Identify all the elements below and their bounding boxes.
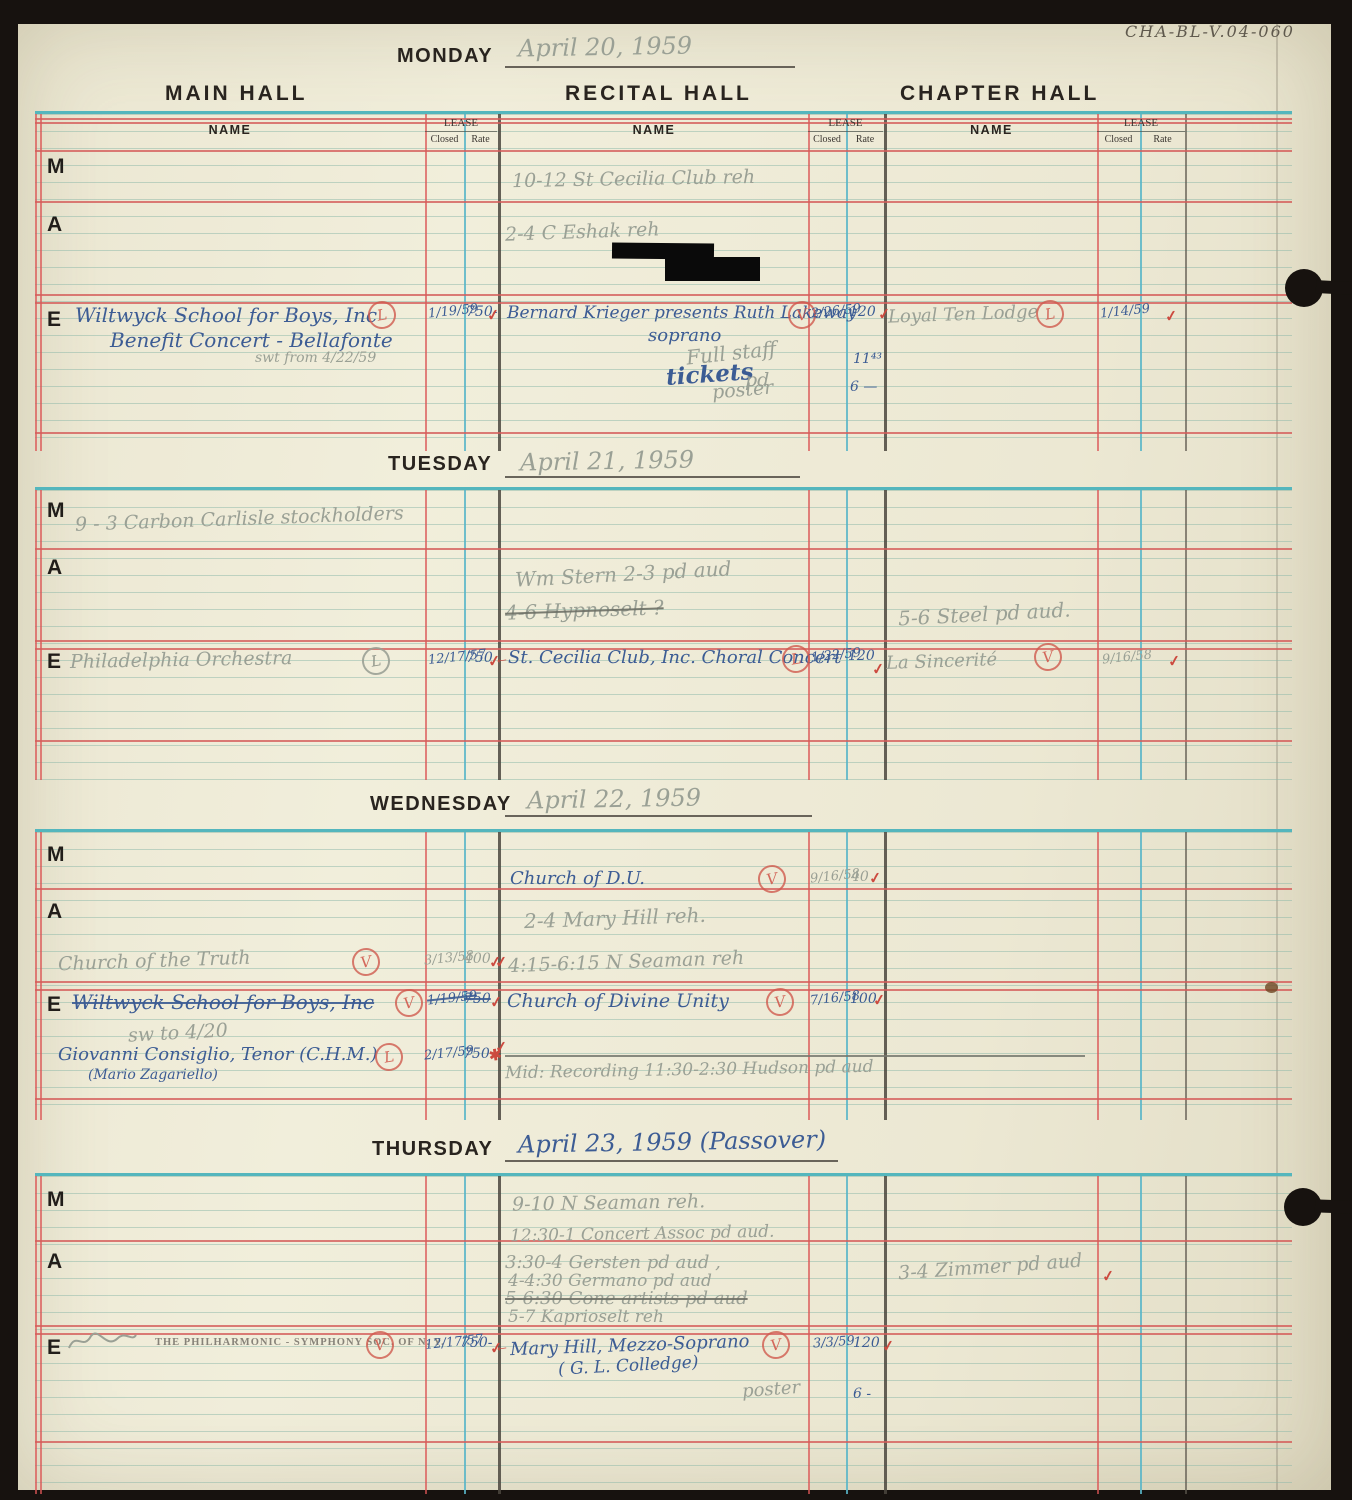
rule-v — [464, 490, 466, 780]
lease-mark: V — [393, 987, 425, 1019]
section-tuesday: M A E 9 - 3 Carbon Carlisle stockholders… — [35, 487, 1292, 780]
entry-tue-recital-a2: 4-6 Hypnoselt ? — [505, 595, 664, 625]
section-monday: NAME NAME NAME LEASE Closed Rate LEASE C… — [35, 111, 1292, 451]
col-header-rate-main: Rate — [464, 134, 497, 145]
hall-header-recital: RECITAL HALL — [565, 82, 752, 106]
row-label-evening: E — [47, 1336, 61, 1360]
row-label-afternoon: A — [47, 213, 62, 237]
rule-v — [40, 490, 42, 780]
check-mark: ✓ — [1164, 306, 1179, 326]
rule-v — [1185, 490, 1187, 780]
entry-wed-main-e-line1: Wiltwyck School for Boys, Inc — [72, 990, 374, 1014]
entry-thu-recital-e-amt: 6 - — [853, 1386, 871, 1402]
entry-mon-recital-a: 2-4 C Eshak reh — [505, 218, 660, 245]
row-label-evening: E — [47, 993, 61, 1017]
lease-mark: V — [764, 986, 796, 1018]
entry-thu-chapter-a: 3-4 Zimmer pd aud — [897, 1250, 1082, 1285]
rule-h — [35, 432, 1292, 434]
lease-mark: V — [756, 863, 788, 895]
row-label-morning: M — [47, 843, 65, 867]
day-label-wednesday: WEDNESDAY — [370, 793, 512, 816]
entry-wed-main-a: Church of the Truth — [58, 947, 251, 976]
entry-thu-recital-a4: 5-7 Kaprioselt reh — [508, 1307, 664, 1327]
lease-rate: 120 — [849, 304, 876, 320]
entry-tue-chapter-e: La Sincerité — [886, 649, 998, 674]
rule-h — [425, 131, 497, 132]
entry-tue-chapter-a: 5-6 Steel pd aud. — [897, 597, 1071, 630]
rule-v — [808, 114, 810, 451]
row-label-afternoon: A — [47, 1250, 62, 1274]
rule-h — [35, 150, 1292, 152]
lease-mark: L — [360, 645, 392, 677]
check-mark: ✓ — [489, 992, 504, 1012]
day-label-thursday: THURSDAY — [372, 1138, 493, 1161]
entry-thu-recital-a3: 5-6:30 Cone artists pd aud — [505, 1288, 748, 1309]
entry-mon-recital-e-amt1: 11⁴³ — [853, 351, 882, 367]
rule-h — [35, 548, 1292, 550]
lease-closed: 1/14/59 — [1099, 301, 1150, 321]
date-underline-thursday — [505, 1160, 838, 1162]
rule-v — [425, 114, 427, 451]
pencil-scribble — [66, 1328, 138, 1354]
hole-punch-notch — [1315, 1199, 1352, 1213]
check-mark: ✓ — [1167, 651, 1182, 671]
rule-v — [884, 490, 887, 780]
rule-v — [35, 1176, 37, 1494]
entry-wed-main-e2-line1: Giovanni Consiglio, Tenor (C.H.M.) — [58, 1044, 378, 1065]
rule-v — [498, 490, 501, 780]
rule-h — [35, 1441, 1292, 1443]
col-header-closed-recital: Closed — [808, 134, 846, 145]
rule-v — [40, 1176, 42, 1494]
row-label-evening: E — [47, 308, 61, 332]
ink-stain — [1265, 982, 1278, 993]
pencil-strike-line — [505, 1055, 1085, 1057]
rule-h — [35, 981, 1292, 983]
lease-rate: 750 — [463, 1046, 490, 1062]
entry-wed-recital-e-note: Mid: Recording 11:30-2:30 Hudson pd aud — [505, 1057, 874, 1083]
rule-v — [884, 114, 887, 451]
check-mark: ✓ — [872, 990, 887, 1010]
rule-v — [35, 490, 37, 780]
entry-mon-recital-e-poster: poster — [711, 376, 774, 403]
row-label-afternoon: A — [47, 556, 62, 580]
date-underline-monday — [505, 66, 795, 68]
check-mark: ✓ — [488, 952, 503, 972]
entry-wed-recital-m: Church of D.U. — [510, 868, 645, 889]
entry-mon-chapter-e: Loyal Ten Lodge — [888, 301, 1039, 327]
entry-mon-recital-m: 10-12 St Cecilia Club reh — [512, 166, 755, 192]
lease-closed: 3/3/59 — [813, 1334, 856, 1352]
entry-wed-main-e-note: sw to 4/20 — [127, 1019, 228, 1046]
entry-mon-main-e-note: swt from 4/22/59 — [255, 350, 376, 366]
rule-v — [464, 832, 466, 1120]
rule-v — [884, 1176, 887, 1494]
col-header-rate-recital: Rate — [846, 134, 884, 145]
day-label-tuesday: TUESDAY — [388, 453, 492, 476]
entry-tue-main-m: 9 - 3 Carbon Carlisle stockholders — [75, 502, 404, 535]
col-header-closed-main: Closed — [425, 134, 464, 145]
rule-v — [1185, 1176, 1187, 1494]
lease-mark: L — [373, 1041, 405, 1073]
entry-wed-main-e2-line2: (Mario Zagariello) — [88, 1067, 218, 1083]
lease-closed: 9/16/58 — [1101, 647, 1152, 667]
rule-v — [498, 832, 501, 1120]
rule-v — [1140, 832, 1142, 1120]
redaction-bar — [665, 257, 760, 281]
lease-rate: 400 — [464, 951, 491, 967]
rule-v — [1097, 1176, 1099, 1494]
rule-h — [35, 740, 1292, 742]
rule-v — [35, 832, 37, 1120]
rule-v — [425, 490, 427, 780]
rule-v — [40, 832, 42, 1120]
rule-v — [1185, 114, 1187, 451]
date-thursday: April 23, 1959 (Passover) — [518, 1125, 827, 1158]
rule-v — [1097, 114, 1099, 451]
entry-wed-recital-a1: 2-4 Mary Hill reh. — [524, 903, 707, 933]
rule-h — [1097, 131, 1185, 132]
date-tuesday: April 21, 1959 — [520, 445, 694, 476]
entry-mon-main-e-line2: Benefit Concert - Bellafonte — [110, 328, 393, 352]
check-mark: ✓ — [881, 1336, 896, 1356]
day-label-monday: MONDAY — [397, 45, 493, 68]
col-header-name-recital: NAME — [500, 123, 808, 137]
rule-h — [35, 888, 1292, 890]
entry-thu-recital-a1: 3:30-4 Gersten pd aud , — [505, 1252, 721, 1273]
row-label-morning: M — [47, 155, 65, 179]
entry-wed-recital-e: Church of Divine Unity — [507, 990, 729, 1012]
rule-v — [1140, 490, 1142, 780]
col-header-lease-main: LEASE — [425, 117, 497, 129]
arrow-mark: ← — [493, 1337, 510, 1356]
rule-v — [1140, 114, 1142, 451]
rule-v — [808, 490, 810, 780]
date-wednesday: April 22, 1959 — [527, 783, 701, 814]
rule-h — [35, 640, 1292, 642]
rule-v — [808, 1176, 810, 1494]
check-mark: ✓ — [494, 1037, 509, 1057]
col-header-lease-recital: LEASE — [808, 117, 883, 129]
rule-h — [35, 201, 1292, 203]
row-label-morning: M — [47, 1188, 65, 1212]
entry-tue-main-e: Philadelphia Orchestra — [70, 647, 293, 673]
col-header-rate-chapter: Rate — [1140, 134, 1185, 145]
rule-v — [40, 114, 42, 451]
col-header-name-chapter: NAME — [886, 123, 1097, 137]
entry-thu-main-e-stamp: THE PHILHARMONIC - SYMPHONY SOC. OF N. Y… — [155, 1337, 445, 1348]
rule-v — [498, 114, 501, 451]
rule-v — [884, 832, 887, 1120]
entry-wed-recital-a2: 4:15-6:15 N Seaman reh — [508, 947, 745, 977]
check-mark: ✓ — [1101, 1266, 1116, 1286]
row-label-afternoon: A — [47, 900, 62, 924]
date-underline-wednesday — [505, 815, 812, 817]
lease-rate: 750 — [464, 991, 491, 1007]
col-header-name-main: NAME — [35, 123, 425, 137]
rule-v — [846, 114, 848, 451]
section-wednesday: M A E Church of D.U. V 9/16/58 40 ✓ 2-4 … — [35, 829, 1292, 1120]
entry-thu-recital-e-note: poster — [741, 1377, 800, 1402]
lease-mark: V — [1032, 641, 1064, 673]
rule-v — [464, 114, 466, 451]
check-mark: ✓ — [486, 305, 501, 325]
rule-v — [35, 114, 37, 451]
lease-rate: 40 — [851, 869, 869, 885]
check-mark: ✓ — [868, 868, 883, 888]
entry-tue-recital-a1: Wm Stern 2-3 pd aud — [515, 556, 732, 591]
row-label-morning: M — [47, 499, 65, 523]
lease-rate: 750- — [461, 1335, 492, 1351]
entry-thu-recital-m2: 12:30-1 Concert Assoc pd aud. — [510, 1222, 775, 1247]
rule-h — [35, 1098, 1292, 1100]
rule-v — [1185, 832, 1187, 1120]
entry-mon-main-e-line1: Wiltwyck School for Boys, Inc — [75, 303, 377, 327]
archive-code: CHA-BL-V.04-060 — [1125, 22, 1295, 41]
rule-h — [808, 131, 883, 132]
date-monday: April 20, 1959 — [518, 31, 692, 62]
rule-v — [1140, 1176, 1142, 1494]
scanned-ledger-page: CHA-BL-V.04-060 MONDAY April 20, 1959 MA… — [0, 0, 1352, 1500]
hall-header-main: MAIN HALL — [165, 82, 307, 106]
rule-v — [846, 490, 848, 780]
section-thursday: M A E 9-10 N Seaman reh. 12:30-1 Concert… — [35, 1173, 1292, 1494]
rule-v — [425, 1176, 427, 1494]
lease-mark: V — [350, 946, 382, 978]
entry-mon-recital-e-amt2: 6 — — [850, 379, 877, 395]
rule-v — [425, 832, 427, 1120]
lease-rate: 120 — [853, 1335, 880, 1351]
row-label-evening: E — [47, 650, 61, 674]
check-mark: ✓ — [871, 659, 886, 679]
entry-thu-recital-m1: 9-10 N Seaman reh. — [512, 1190, 706, 1215]
col-header-lease-chapter: LEASE — [1097, 117, 1185, 129]
hole-punch-notch — [1316, 280, 1352, 295]
date-underline-tuesday — [505, 476, 800, 478]
rule-v — [498, 1176, 501, 1494]
col-header-closed-chapter: Closed — [1097, 134, 1140, 145]
hall-header-chapter: CHAPTER HALL — [900, 82, 1099, 106]
rule-v — [1097, 490, 1099, 780]
rule-v — [1097, 832, 1099, 1120]
rule-h — [35, 294, 1292, 296]
